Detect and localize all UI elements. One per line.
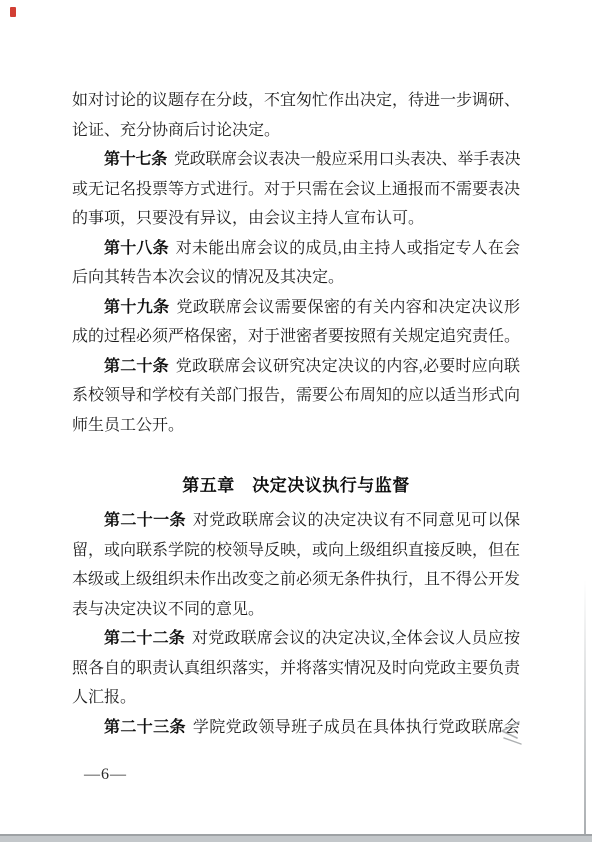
- article-number: 第二十三条: [104, 719, 186, 736]
- red-scan-artifact-mark: [10, 7, 16, 17]
- text-line: 留，或向联系学院的校领导反映，或向上级组织直接反映，但在: [72, 536, 520, 566]
- article-number: 第二十二条: [104, 630, 185, 647]
- text-line: 师生员工公开。: [72, 411, 520, 441]
- article-number: 第二十条: [104, 358, 169, 375]
- scanned-document-page: 如对讨论的议题存在分歧，不宜匆忙作出决定，待进一步调研、论证、充分协商后讨论决定…: [0, 0, 592, 842]
- text-line: 第二十二条对党政联席会议的决定决议,全体会议人员应按: [72, 624, 520, 654]
- body-lines-block2: 第二十一条对党政联席会议的决定决议有不同意见可以保留，或向联系学院的校领导反映，…: [72, 506, 520, 742]
- text-line: 人汇报。: [72, 683, 520, 713]
- article-number: 第十七条: [104, 151, 167, 168]
- text-line: 的事项，只要没有异议，由会议主持人宣布认可。: [72, 204, 520, 234]
- text-line: 第十九条党政联席会议需要保密的有关内容和决定决议形: [72, 293, 520, 323]
- article-number: 第十九条: [104, 299, 170, 316]
- text-line: 第二十三条学院党政领导班子成员在具体执行党政联席会: [72, 713, 520, 743]
- body-lines-block1: 如对讨论的议题存在分歧，不宜匆忙作出决定，待进一步调研、论证、充分协商后讨论决定…: [72, 86, 520, 440]
- text-line: 论证、充分协商后讨论决定。: [72, 116, 520, 146]
- text-line: 照各自的职责认真组织落实，并将落实情况及时向党政主要负责: [72, 654, 520, 684]
- text-line: 如对讨论的议题存在分歧，不宜匆忙作出决定，待进一步调研、: [72, 86, 520, 116]
- text-line: 成的过程必须严格保密，对于泄密者要按照有关规定追究责任。: [72, 322, 520, 352]
- text-line: 第二十条党政联席会议研究决定决议的内容,必要时应向联: [72, 352, 520, 382]
- text-line: 第十七条党政联席会议表决一般应采用口头表决、举手表决: [72, 145, 520, 175]
- text-line: 表与决定决议不同的意见。: [72, 595, 520, 625]
- text-line: 系校领导和学校有关部门报告，需要公布周知的应以适当形式向: [72, 381, 520, 411]
- text-line: 第十八条对未能出席会议的成员,由主持人或指定专人在会: [72, 234, 520, 264]
- text-line: 第二十一条对党政联席会议的决定决议有不同意见可以保: [72, 506, 520, 536]
- page-right-edge-shadow: [584, 580, 586, 836]
- text-line: 后向其转告本次会议的情况及其决定。: [72, 263, 520, 293]
- text-line: 或无记名投票等方式进行。对于只需在会议上通报而不需要表决: [72, 175, 520, 205]
- page-number: —6—: [84, 766, 127, 784]
- article-number: 第二十一条: [104, 512, 186, 529]
- document-body: 如对讨论的议题存在分歧，不宜匆忙作出决定，待进一步调研、论证、充分协商后讨论决定…: [72, 86, 520, 742]
- text-line: 本级或上级组织未作出改变之前必须无条件执行，且不得公开发: [72, 565, 520, 595]
- page-bottom-shadow: [0, 836, 592, 842]
- pencil-stray-mark-icon: [497, 716, 525, 748]
- chapter-heading: 第五章 决定决议执行与监督: [72, 466, 520, 506]
- article-number: 第十八条: [104, 240, 169, 257]
